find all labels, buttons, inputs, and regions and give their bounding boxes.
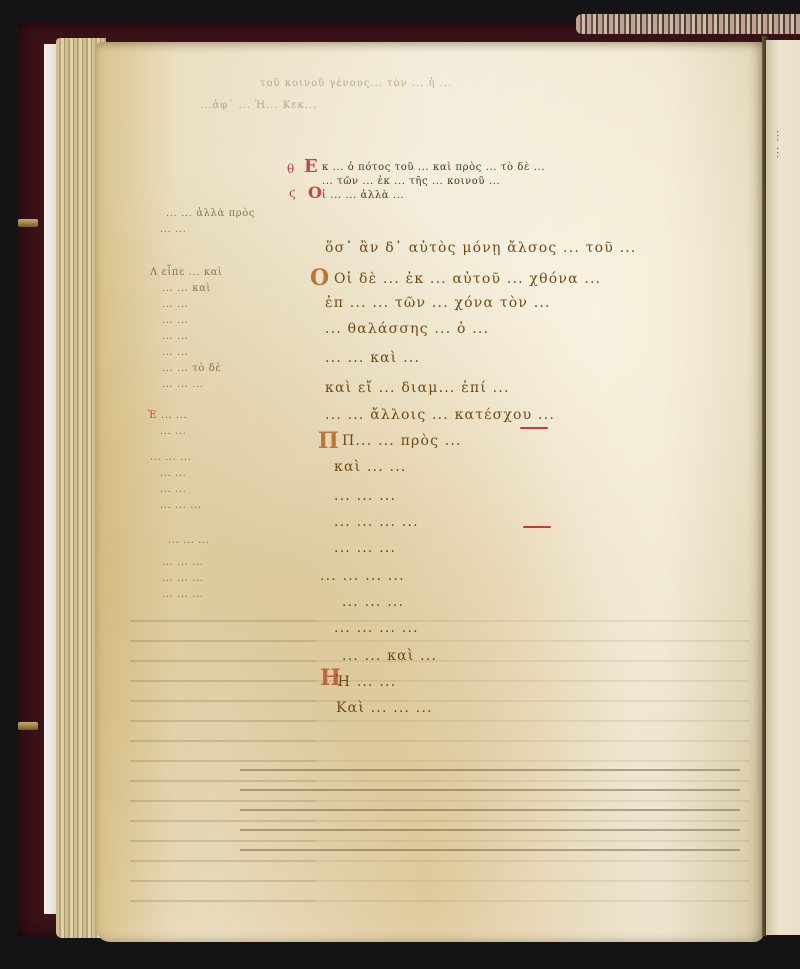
clasp-lower: [18, 722, 38, 730]
margin-scholion-line: ... ...: [160, 468, 186, 479]
margin-scholion-line: ... ... ...: [162, 573, 204, 584]
main-text-line: ὅσ᾽ ἂν δ᾽ αὐτὸς μόνῃ ἄλσος ... τοῦ ...: [325, 240, 637, 256]
main-text-line: ... ... ...: [334, 540, 396, 556]
main-text-line: ... ... ἄλλοις ... κατέσχου ...: [325, 407, 555, 423]
main-text-line: ... ... ... ...: [334, 514, 419, 530]
margin-scholion-line: Ἐ ... ...: [148, 410, 187, 421]
red-initial: Ο: [308, 183, 322, 202]
facing-page: [766, 40, 800, 935]
red-overline: [523, 526, 551, 528]
margin-scholion-line: ... ...: [160, 426, 186, 437]
margin-scholion-line: ... ... ...: [160, 500, 202, 511]
red-mark: ϛ: [289, 186, 296, 200]
header-line: κ ... ὁ πότος τοῦ ... καὶ πρὸς ... τὸ δὲ…: [322, 162, 545, 173]
margin-scholion-line: ... ...: [162, 331, 188, 342]
main-text-line: ἐπ ... ... τῶν ... χόνα τὸν ...: [325, 295, 551, 311]
headband: [576, 14, 800, 34]
margin-scholion-line: ... ... τὸ δὲ: [162, 363, 221, 374]
flyleaf-edge: [44, 44, 56, 914]
header-line: ἰ ... ... ἀλλὰ ...: [322, 190, 404, 201]
margin-scholion-line: ... ... ...: [162, 379, 204, 390]
main-text-line: Π... ... πρὸς ...: [342, 433, 462, 449]
margin-scholion-line: ... ... ...: [162, 589, 204, 600]
margin-scholion-line: ... ... ...: [168, 535, 210, 546]
top-scholion-line: ...ἀφ᾽ ... Ἡ... Κεκ...: [200, 100, 317, 111]
margin-scholion-line: ... ...: [162, 299, 188, 310]
main-text-line: ... ... καὶ ...: [325, 350, 420, 366]
red-initial: Ε: [304, 156, 318, 177]
header-line: ... τῶν ... ἐκ ... τῆς ... κοινοῦ ...: [322, 176, 500, 187]
main-text-line: ... ... ...: [334, 488, 396, 504]
margin-scholion-line: ... ... ...: [162, 557, 204, 568]
main-text-line: ... θαλάσσης ... ὁ ...: [325, 321, 489, 337]
margin-scholion-line: ... ...: [160, 224, 186, 235]
clasp-upper: [18, 219, 38, 227]
bottom-scholia-dense: [240, 758, 740, 868]
red-overline: [520, 427, 548, 429]
top-scholion-line: τοῦ κοινοῦ γένους... τὸν ... ἡ ...: [260, 78, 452, 89]
margin-scholion-line: ... ... ...: [150, 452, 192, 463]
margin-scholion-line: ... ...: [162, 315, 188, 326]
facing-page-red-marginalia: ... ...: [774, 130, 785, 159]
main-text-line: καὶ εἴ ... διαμ... ἐπί ...: [325, 380, 510, 396]
margin-scholion-line: ... ...: [160, 484, 186, 495]
main-text-line: ... ... ... ...: [320, 568, 405, 584]
margin-scholion-line: ... ... ἀλλὰ πρὸς: [166, 208, 255, 219]
margin-scholion-line: Λ εἶπε ... καὶ: [150, 267, 222, 278]
main-text-line: καὶ ... ...: [334, 459, 407, 475]
main-text-line: Οἱ δὲ ... ἐκ ... αὐτοῦ ... χθόνα ...: [334, 271, 601, 287]
margin-scholion-line: ... ...: [162, 347, 188, 358]
margin-scholion-line: ... ... καὶ: [162, 283, 211, 294]
main-text-line: ... ... ...: [342, 594, 404, 610]
initial-omicron: Ο: [310, 265, 329, 291]
red-mark: θ: [287, 162, 295, 176]
initial-pi: Π: [318, 428, 339, 454]
